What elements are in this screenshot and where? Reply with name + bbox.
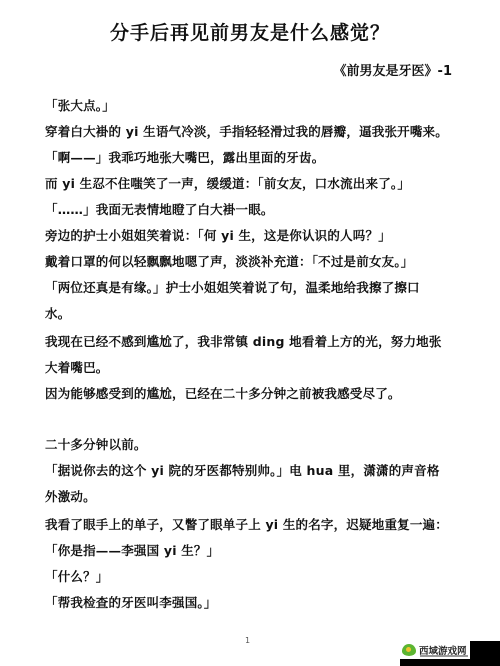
paragraph-line: 水。 <box>45 304 70 322</box>
paragraph-line: 「你是指——李强国 yi 生？」 <box>45 541 219 559</box>
paragraph-line: 大着嘴巴。 <box>45 358 109 376</box>
paragraph-line: 而 yi 生忍不住嗤笑了一声，缓缓道：「前女友，口水流出来了。」 <box>45 174 410 192</box>
paragraph-line: 二十多分钟以前。 <box>45 435 147 453</box>
paragraph-line: 「啊——」我乖巧地张大嘴巴，露出里面的牙齿。 <box>45 148 324 166</box>
paragraph-line: 「什么？」 <box>45 567 109 585</box>
paragraph-line: 穿着白大褂的 yi 生语气冷淡，手指轻轻滑过我的唇瓣，逼我张开嘴来。 <box>45 122 448 140</box>
page-number: 1 <box>245 636 250 645</box>
paragraph-line: 「据说你去的这个 yi 院的牙医都特别帅。」电 hua 里，潇潇的声音格 <box>45 461 440 479</box>
site-logo-icon <box>402 644 416 656</box>
paragraph-line: 外激动。 <box>45 487 96 505</box>
paragraph-line: 我现在已经不感到尴尬了，我非常镇 ding 地看着上方的光，努力地张 <box>45 332 442 350</box>
paragraph-line: 「……」我面无表情地瞪了白大褂一眼。 <box>45 200 274 218</box>
paragraph-line: 戴着口罩的何以轻飘飘地嗯了声，淡淡补充道：「不过是前女友。」 <box>45 252 414 270</box>
paragraph-line: 「帮我检查的牙医叫李强国。」 <box>45 593 217 611</box>
watermark: 西域游戏网 <box>400 641 500 666</box>
document-subtitle: 《前男友是牙医》-1 <box>334 60 452 79</box>
paragraph-line: 因为能够感受到的尴尬，已经在二十多分钟之前被我感受尽了。 <box>45 384 401 402</box>
paragraph-line: 「张大点。」 <box>45 96 115 114</box>
paragraph-line: 「两位还真是有缘。」护士小姐姐笑着说了句，温柔地给我擦了擦口 <box>45 278 420 296</box>
document-title: 分手后再见前男友是什么感觉？ <box>0 18 500 45</box>
paragraph-line: 我看了眼手上的单子，又瞥了眼单子上 yi 生的名字，迟疑地重复一遍： <box>45 515 448 533</box>
watermark-badge: 西域游戏网 <box>400 641 470 659</box>
paragraph-line: 旁边的护士小姐姐笑着说：「何 yi 生，这是你认识的人吗？」 <box>45 226 391 244</box>
watermark-subline <box>420 655 468 657</box>
